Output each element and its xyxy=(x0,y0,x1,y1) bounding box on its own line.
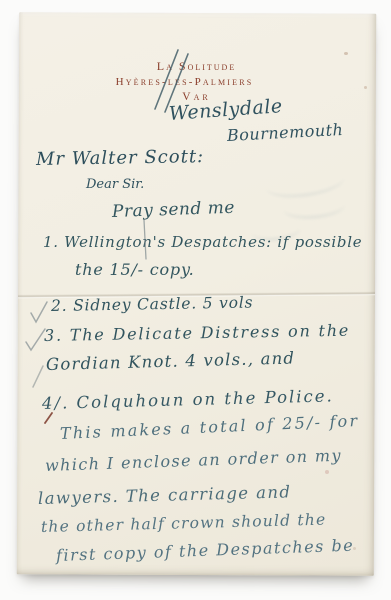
foxing-stain xyxy=(344,52,348,55)
recipient-line: Mr Walter Scott: xyxy=(36,146,205,170)
letter-line: Pray send me xyxy=(112,198,236,222)
letter-line: 1. Wellington's Despatches: if possible xyxy=(43,233,362,251)
letter-line: the 15/- copy. xyxy=(75,260,195,279)
letter-photograph: La Solitude Hyères-les-Palmiers Var Wens… xyxy=(0,0,391,600)
letter-line: 2. Sidney Castle. 5 vols xyxy=(51,293,254,315)
letterhead-line: Hyères-les-Palmiers xyxy=(0,75,375,91)
letterhead-line: La Solitude xyxy=(18,59,375,75)
foxing-stain xyxy=(325,470,329,474)
printed-letterhead: La Solitude Hyères-les-Palmiers Var xyxy=(18,59,375,106)
salutation-line: Dear Sir. xyxy=(86,177,144,192)
